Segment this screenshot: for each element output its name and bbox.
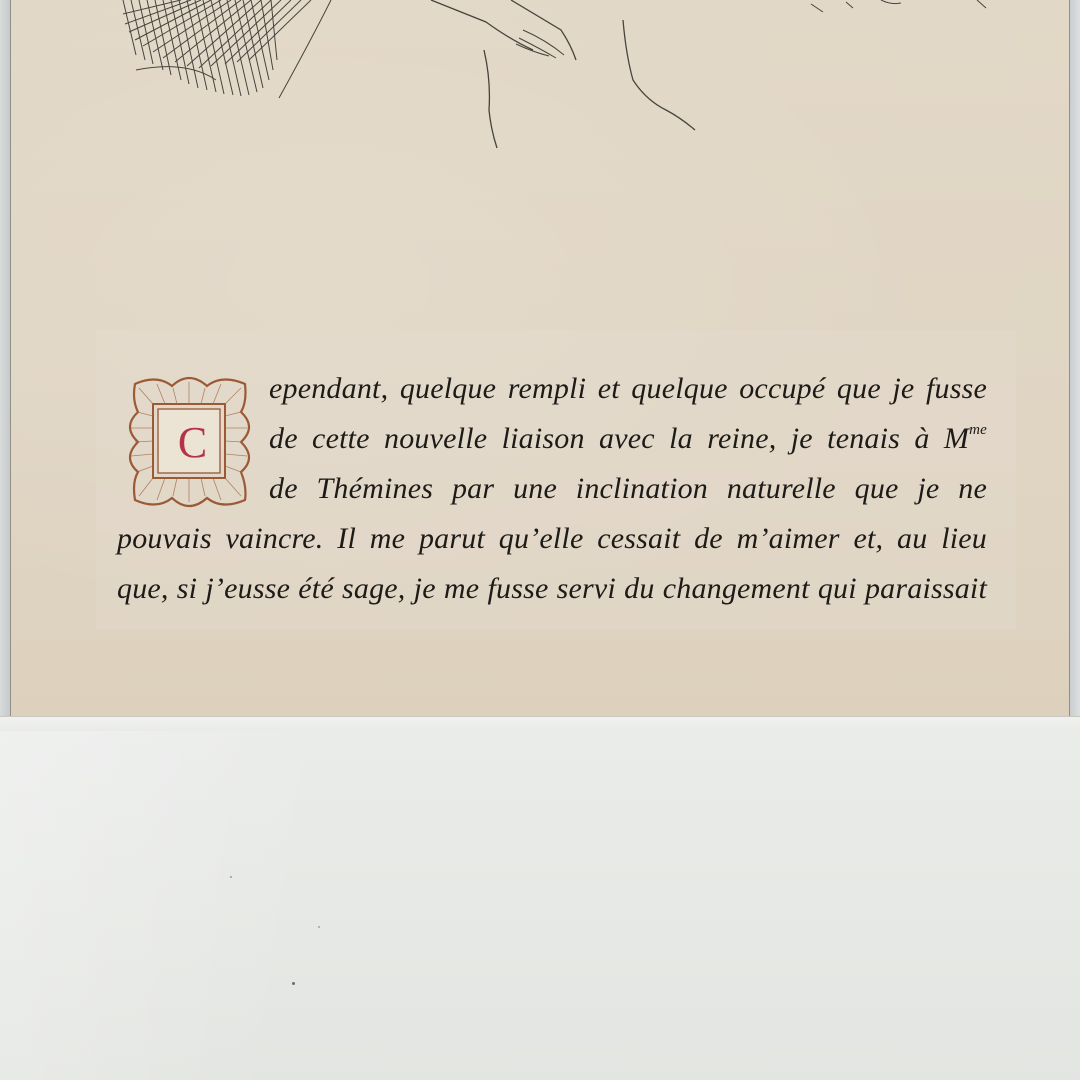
superscript-me: me	[969, 422, 987, 438]
hatching	[123, 0, 331, 98]
photo-scene: C ependant, quelque rempli et quelque oc…	[0, 0, 1080, 1080]
mat-speck	[318, 926, 320, 928]
etching-illustration-icon	[11, 0, 1069, 160]
mat-speck	[230, 876, 232, 878]
mat-speck	[292, 982, 295, 985]
drop-cap-letter: C	[117, 372, 262, 512]
frame-left-edge	[0, 0, 11, 718]
text-line-2-body: de cette nouvelle liaison avec la reine,…	[269, 422, 969, 455]
mat-bevel	[0, 716, 1080, 731]
mat-board	[0, 716, 1080, 1080]
text-line-1: ependant, quelque rempli et quelque occu…	[269, 372, 987, 406]
text-line-5: que, si j’eusse été sage, je me fusse se…	[117, 572, 987, 606]
text-line-4: pouvais vaincre. Il me parut qu’elle ces…	[117, 522, 987, 556]
frame-right-edge	[1069, 0, 1080, 725]
book-page: C ependant, quelque rempli et quelque oc…	[11, 0, 1069, 717]
text-line-3: de Thémines par une inclination naturell…	[269, 472, 987, 506]
text-line-2: de cette nouvelle liaison avec la reine,…	[269, 422, 987, 456]
